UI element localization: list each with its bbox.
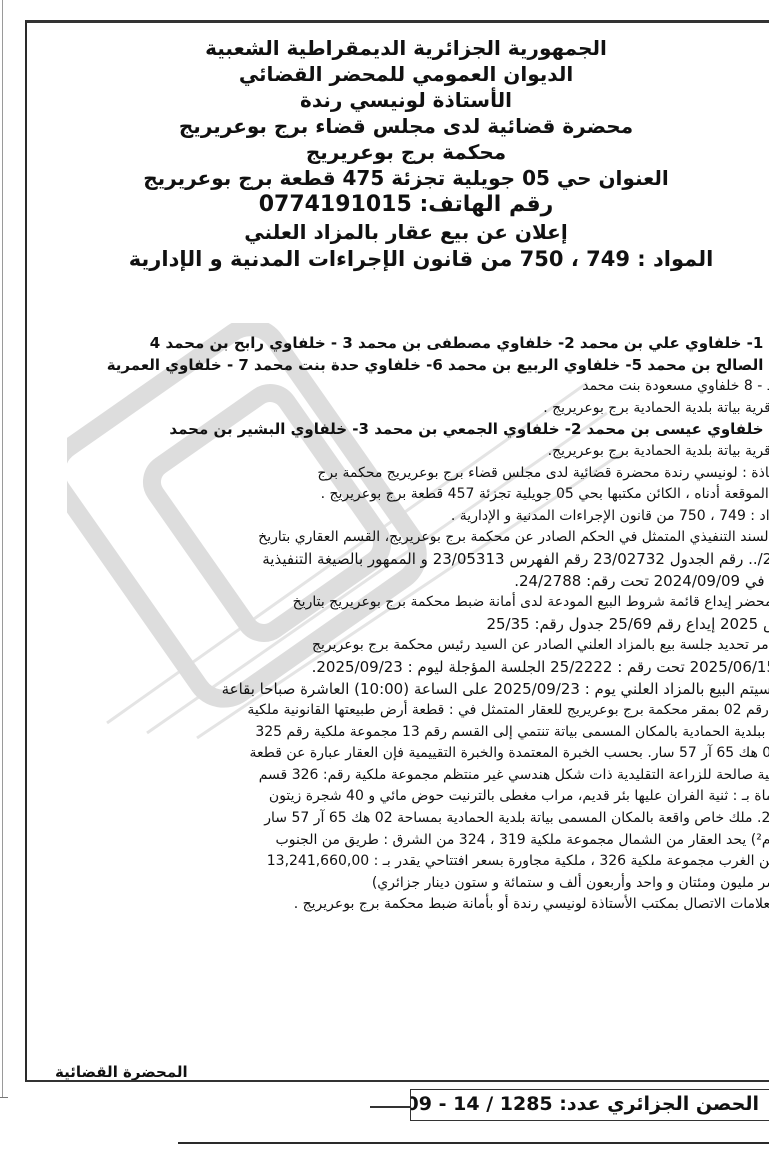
body-line-defendants-address: العنوان : قرية بياتة بلدية الحمادية برج … <box>125 441 769 463</box>
body-line-deposit: بناء على محضر إيداع قائمة شروط البيع الم… <box>125 592 769 614</box>
body-line-property-type: أرض فلاحية صالحة للزراعة التقليدية ذات ش… <box>125 765 769 787</box>
office-phone: رقم الهاتف: 0774191015 <box>27 191 769 219</box>
body-line-plaintiffs: لفائدة : 1- خلفاوي علي بن محمد 2- خلفاوي… <box>125 333 769 355</box>
body-line-plaintiffs-end: بنت محمد - 8 خلفاوي مسعودة بنت محمد <box>125 376 769 398</box>
body-line-property-area: مساحة 02 هك 65 آر 57 سار. بحسب الخبرة ال… <box>125 743 769 765</box>
body-line-property-boundaries: (26.557م²) يحد العقار من الشمال مجموعة م… <box>125 830 769 852</box>
notice-title: إعلان عن بيع عقار بالمزاد العلني <box>27 219 769 245</box>
body-line-bailiff-address: بوعريريج الموقعة أدناه ، الكائن مكتبها ب… <box>125 484 769 506</box>
body-line-opening-price: طريق ، من الغرب مجموعة ملكية 326 ، ملكية… <box>125 851 769 873</box>
legal-notice-box: الجمهورية الجزائرية الديمقراطية الشعبية … <box>25 20 769 1082</box>
republic-title: الجمهورية الجزائرية الديمقراطية الشعبية <box>27 35 769 61</box>
body-line-judgment-numbers: 2023/11/.. رقم الجدول 23/02732 رقم الفهر… <box>125 549 769 571</box>
notice-body: لفائدة : 1- خلفاوي علي بن محمد 2- خلفاوي… <box>125 333 769 916</box>
body-line-property-ownership: سنة 2002. ملك خاص واقعة بالمكان المسمى ب… <box>125 808 769 830</box>
publication-issue-text: الحصن الجزائري عدد: 1285 / 14 - 09 - 202… <box>410 1093 759 1115</box>
notice-header: الجمهورية الجزائرية الديمقراطية الشعبية … <box>27 35 769 273</box>
body-line-session-order: بناء على أمر تحديد جلسة بيع بالمزاد العل… <box>125 635 769 657</box>
body-line-auction-location: الجلسات رقم 02 بمقر محكمة برج بوعريريج ل… <box>125 700 769 722</box>
scan-edge-line <box>2 0 3 1098</box>
body-line-bailiff: نحن الأستاذة : لونيسي رندة محضرة قضائية … <box>125 463 769 485</box>
office-title: الديوان العمومي للمحضر القضائي <box>27 61 769 87</box>
body-line-auction-date: نعلن أنه سيتم البيع بالمزاد العلني يوم :… <box>125 679 769 701</box>
body-line-contact: لكل الاستعلامات الاتصال بمكتب الأستاذة ل… <box>125 894 769 916</box>
body-line-session-dates: بتاريخ : 2025/06/15 تحت رقم : 25/2222 ال… <box>125 657 769 679</box>
court-name: محكمة برج بوعريريج <box>27 139 769 165</box>
office-address: العنوان حي 05 جويلية تجزئة 475 قطعة برج … <box>27 165 769 191</box>
body-line-property-features: 13 المسماة بـ : ثنية الفران عليها بئر قد… <box>125 786 769 808</box>
scan-edge-mark <box>0 1097 8 1098</box>
body-line-judgment-execution: الممنوحة في 2024/09/09 تحت رقم: 24/2788. <box>125 571 769 593</box>
bailiff-signature: المحضرة القضائية <box>55 1063 188 1081</box>
body-line-articles: طبقا للمواد : 749 ، 750 من قانون الإجراء… <box>125 506 769 528</box>
stamp-connector-line <box>370 1106 412 1108</box>
bailiff-name: الأستاذة لونيسي رندة <box>27 87 769 113</box>
body-line-plaintiffs-cont: خلفاوي الصالح بن محمد 5- خلفاوي الربيع ب… <box>125 355 769 377</box>
bottom-divider <box>178 1142 769 1144</box>
legal-articles: المواد : 749 ، 750 من قانون الإجراءات ال… <box>27 245 769 273</box>
body-line-property-location: خاصة تقع ببلدية الحمادية بالمكان المسمى … <box>125 722 769 744</box>
body-line-judgment: بناء على السند التنفيذي المتمثل في الحكم… <box>125 527 769 549</box>
publication-stamp: الحصن الجزائري عدد: 1285 / 14 - 09 - 202… <box>410 1089 769 1121</box>
body-line-plaintiffs-address: العنوان : قرية بياتة بلدية الحمادية برج … <box>125 398 769 420</box>
body-line-deposit-numbers: 00 مارس 2025 إيداع رقم 25/69 جدول رقم: 2… <box>125 614 769 636</box>
bailiff-jurisdiction: محضرة قضائية لدى مجلس قضاء برج بوعريريج <box>27 113 769 139</box>
body-line-price-words: ( ثلاثة عشر مليون ومئتان و واحد وأربعون … <box>125 873 769 895</box>
body-line-defendants: ضد : 1- خلفاوي عيسى بن محمد 2- خلفاوي ال… <box>125 419 769 441</box>
